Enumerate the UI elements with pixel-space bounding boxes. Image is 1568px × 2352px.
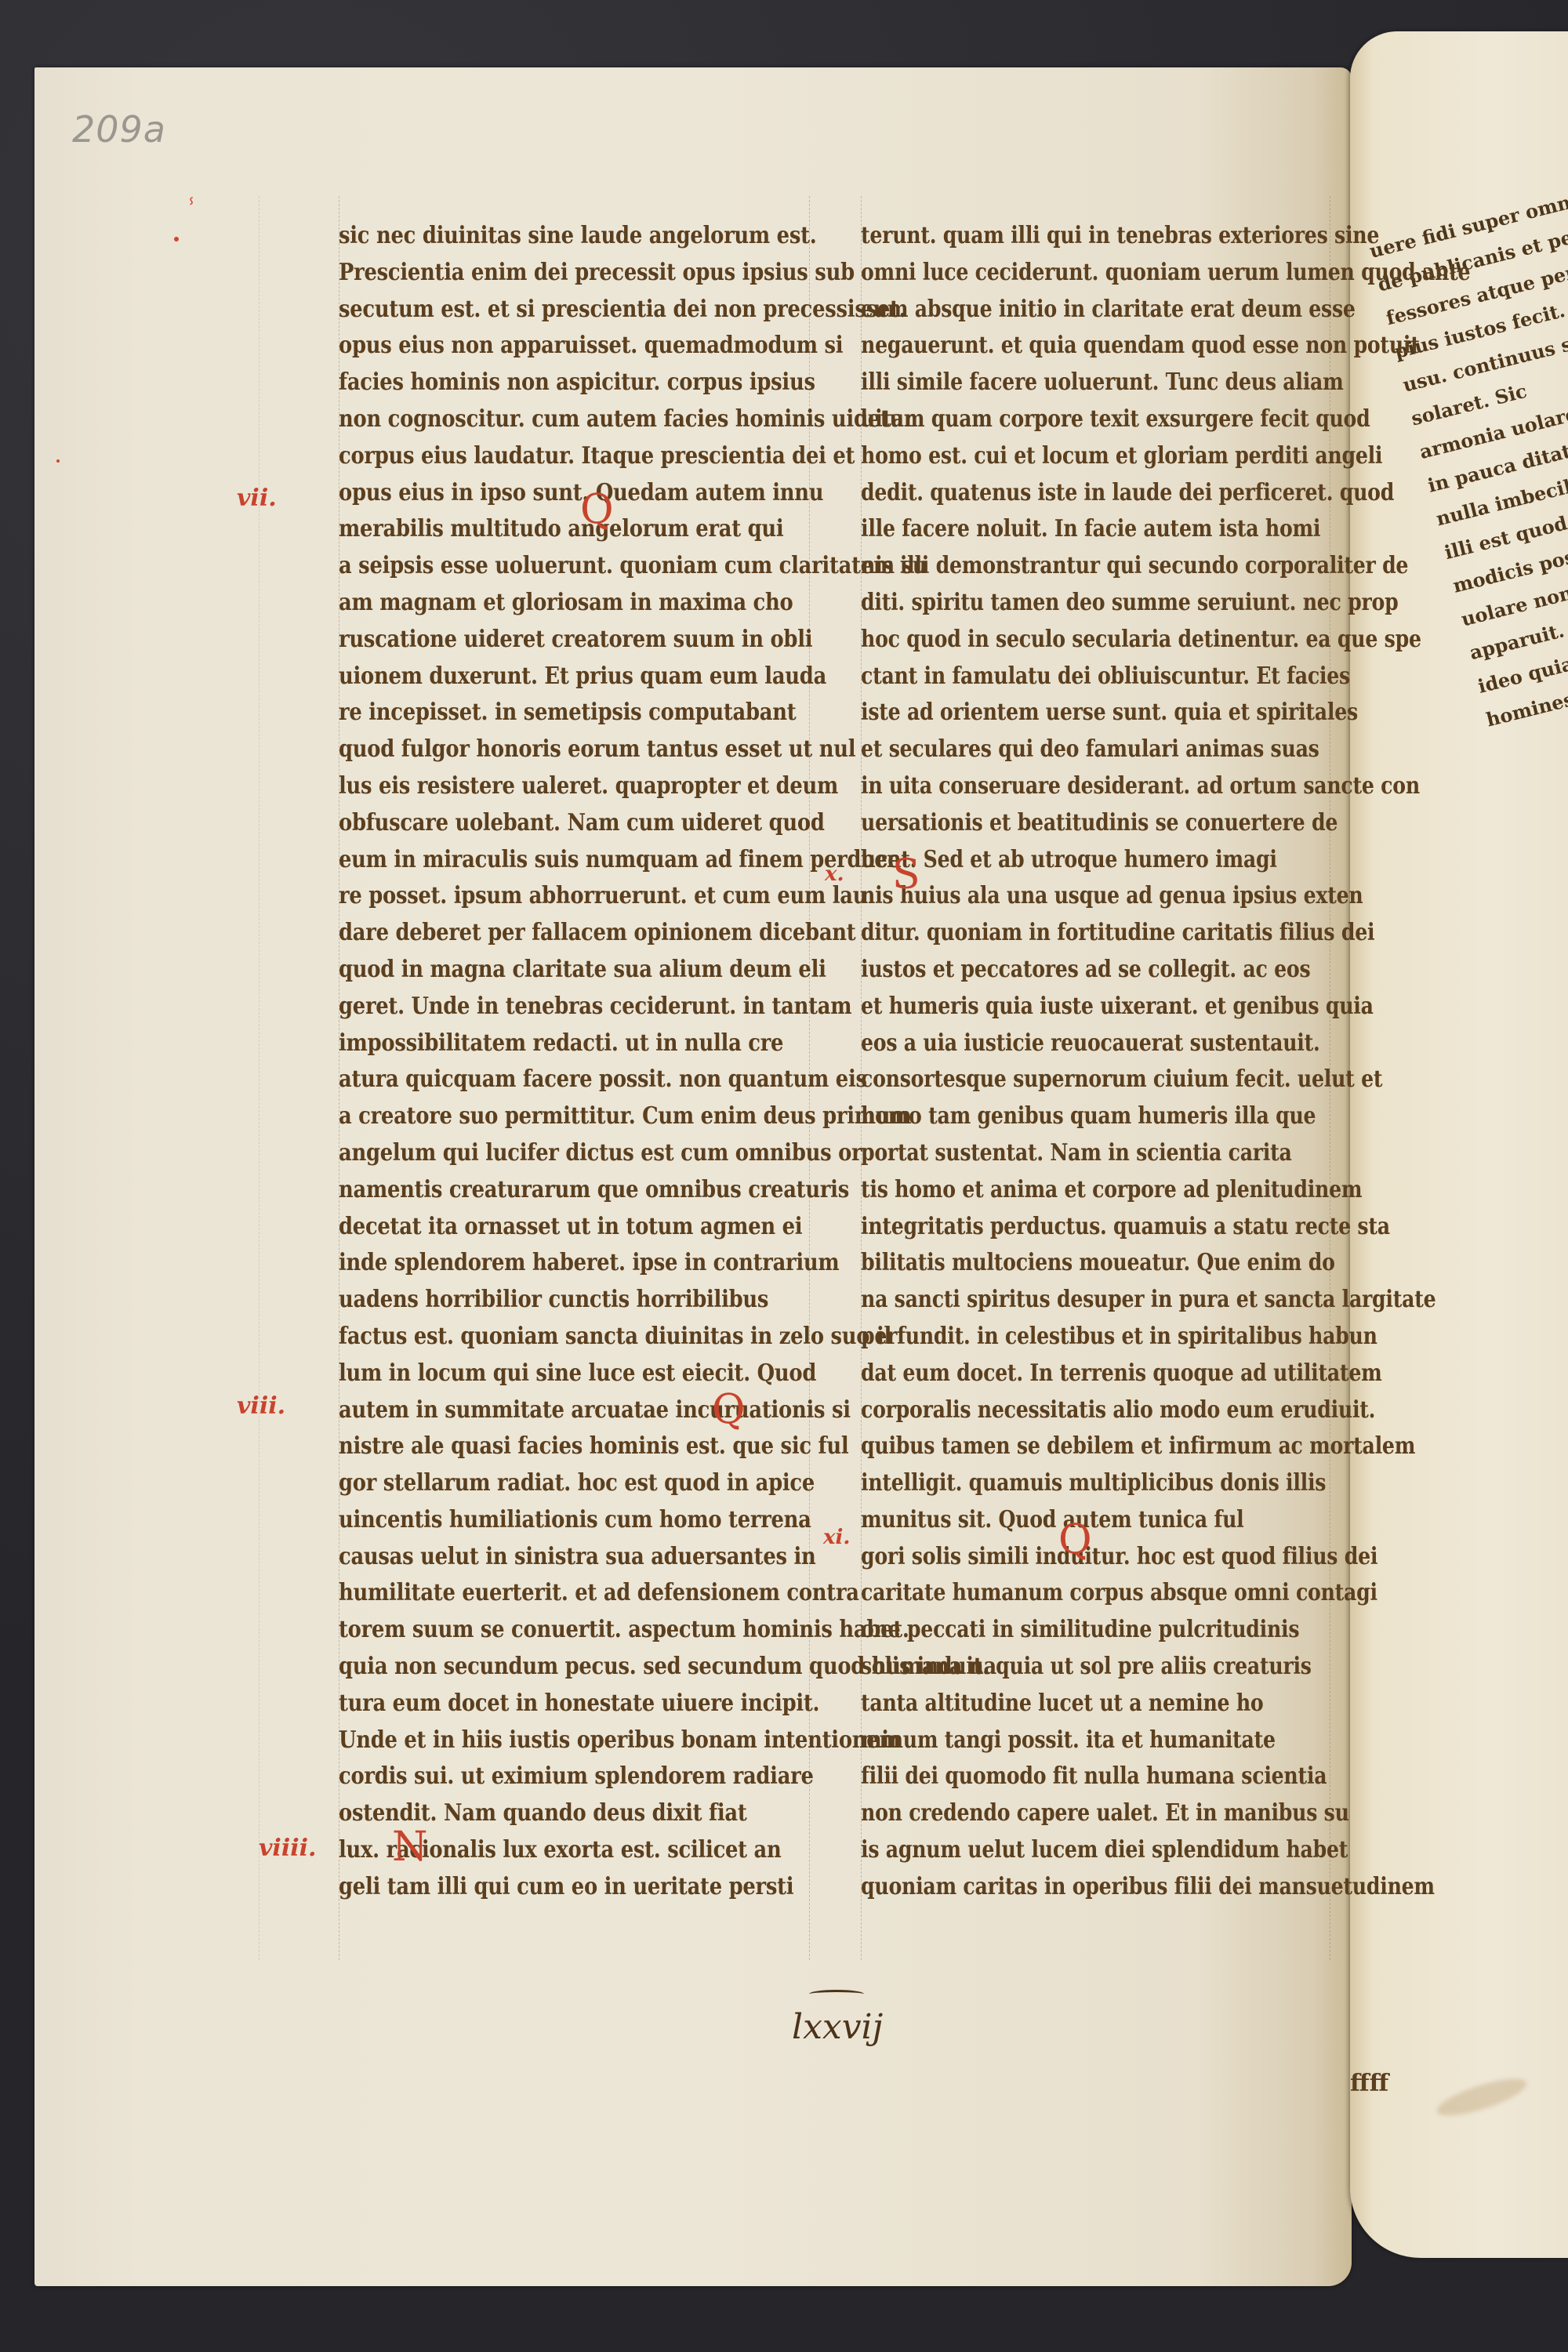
text-line: eos a uia iusticie reuocauerat sustentau… <box>861 1025 1256 1062</box>
text-line: bilitatis multociens moueatur. Que enim … <box>861 1245 1256 1282</box>
text-line: portat sustentat. Nam in scientia carita <box>861 1135 1256 1172</box>
text-line: Prescientia enim dei precessit opus ipsi… <box>339 255 743 292</box>
text-line: dat eum docet. In terrenis quoque ad uti… <box>861 1356 1256 1392</box>
text-line: minum tangi possit. ita et humanitate <box>861 1722 1256 1759</box>
red-dot-mark <box>56 459 60 463</box>
text-line: iustos et peccatores ad se collegit. ac … <box>861 952 1256 989</box>
text-line: am magnam et gloriosam in maxima cho <box>339 585 743 622</box>
text-line: terunt. quam illi qui in tenebras exteri… <box>861 218 1256 255</box>
text-line: one peccati in similitudine pulcritudini… <box>861 1612 1256 1649</box>
text-line: sic nec diuinitas sine laude angelorum e… <box>339 218 743 255</box>
abbreviation-stroke <box>809 1990 864 1998</box>
marginal-numeral: viii. <box>237 1392 285 1420</box>
text-line: gor stellarum radiat. hoc est quod in ap… <box>339 1465 743 1502</box>
text-line: ille facere noluit. In facie autem ista … <box>861 511 1256 548</box>
column-marker: xi. <box>823 1526 850 1549</box>
text-line: et humeris quia iuste uixerant. et genib… <box>861 989 1256 1025</box>
text-line: perfundit. in celestibus et in spiritali… <box>861 1319 1256 1356</box>
text-line: namentis creaturarum que omnibus creatur… <box>339 1172 743 1209</box>
text-line: filii dei quomodo fit nulla humana scien… <box>861 1759 1256 1795</box>
text-line: hoc quod in seculo secularia detinentur.… <box>861 622 1256 659</box>
text-line: angelum qui lucifer dictus est cum omnib… <box>339 1135 743 1172</box>
text-line: quod in magna claritate sua alium deum e… <box>339 952 743 989</box>
text-line: uincentis humiliationis cum homo terrena <box>339 1502 743 1539</box>
text-line: omni luce ceciderunt. quoniam uerum lume… <box>861 255 1256 292</box>
text-line: diti. spiritu tamen deo summe seruiunt. … <box>861 585 1256 622</box>
text-line: intelligit. quamuis multiplicibus donis … <box>861 1465 1256 1502</box>
text-line: negauerunt. et quia quendam quod esse no… <box>861 328 1256 365</box>
text-line: corpus eius laudatur. Itaque prescientia… <box>339 438 743 475</box>
ruling-margin <box>259 196 260 1960</box>
text-line: consortesque supernorum ciuium fecit. ue… <box>861 1062 1256 1098</box>
text-line: corporalis necessitatis alio modo eum er… <box>861 1392 1256 1429</box>
right-page-leaf: uere fidi super omnia lucentem prin de p… <box>1350 31 1568 2258</box>
red-initial-q: Q <box>1058 1516 1092 1563</box>
text-column-left: sic nec diuinitas sine laude angelorum e… <box>339 218 809 1906</box>
text-line: lum in locum qui sine luce est eiecit. Q… <box>339 1356 743 1392</box>
text-line: secutum est. et si prescientia dei non p… <box>339 292 743 328</box>
text-line: quibus tamen se debilem et infirmum ac m… <box>861 1428 1256 1465</box>
text-line: tanta altitudine lucet ut a nemine ho <box>861 1686 1256 1722</box>
text-line: lus eis resistere ualeret. quapropter et… <box>339 768 743 805</box>
text-line: quoniam caritas in operibus filii dei ma… <box>861 1869 1256 1906</box>
text-line: merabilis multitudo angelorum erat qui <box>339 511 743 548</box>
red-dot-mark <box>174 237 179 241</box>
text-line: opus eius non apparuisset. quemadmodum s… <box>339 328 743 365</box>
marginal-numeral: vii. <box>237 485 277 512</box>
text-line: torem suum se conuertit. aspectum homini… <box>339 1612 743 1649</box>
text-line: humilitate euerterit. et ad defensionem … <box>339 1575 743 1612</box>
text-line: dedit. quatenus iste in laude dei perfic… <box>861 475 1256 512</box>
text-line: illi simile facere uoluerunt. Tunc deus … <box>861 365 1256 401</box>
text-line: quod fulgor honoris eorum tantus esset u… <box>339 731 743 768</box>
text-line: tura eum docet in honestate uiuere incip… <box>339 1686 743 1722</box>
gutter-mark: ffff <box>1350 2070 1388 2097</box>
text-line: autem in summitate arcuatae incuruationi… <box>339 1392 743 1429</box>
text-line: quia non secundum pecus. sed secundum qu… <box>339 1649 743 1686</box>
text-line: uitam quam corpore texit exsurgere fecit… <box>861 401 1256 438</box>
text-line: nistre ale quasi facies hominis est. que… <box>339 1428 743 1465</box>
text-line: nis illi demonstrantur qui secundo corpo… <box>861 548 1256 585</box>
text-line: uionem duxerunt. Et prius quam eum lauda <box>339 659 743 695</box>
text-line: ctant in famulatu dei obliuiscuntur. Et … <box>861 659 1256 695</box>
text-line: a seipsis esse uoluerunt. quoniam cum cl… <box>339 548 743 585</box>
red-paragraph-mark-icon: ⸯ <box>185 196 198 226</box>
text-line: uersationis et beatitudinis se conuerter… <box>861 805 1256 842</box>
text-line: ditur. quoniam in fortitudine caritatis … <box>861 915 1256 952</box>
pencil-folio-number: 209a <box>72 108 166 151</box>
text-line: solis induit. quia ut sol pre aliis crea… <box>861 1649 1256 1686</box>
text-line: uadens horribilior cunctis horribilibus <box>339 1282 743 1319</box>
text-line: re posset. ipsum abhorruerunt. et cum eu… <box>339 878 743 915</box>
text-line: caritate humanum corpus absque omni cont… <box>861 1575 1256 1612</box>
text-line: decetat ita ornasset ut in totum agmen e… <box>339 1209 743 1246</box>
quire-signature: lxxvij <box>792 2007 883 2047</box>
text-line: tis homo et anima et corpore ad plenitud… <box>861 1172 1256 1209</box>
text-line: causas uelut in sinistra sua aduersantes… <box>339 1539 743 1576</box>
text-line: in uita conseruare desiderant. ad ortum … <box>861 768 1256 805</box>
text-line: eum absque initio in claritate erat deum… <box>861 292 1256 328</box>
text-line: Unde et in hiis iustis operibus bonam in… <box>339 1722 743 1759</box>
marginal-numeral: viiii. <box>259 1835 316 1862</box>
text-line: facies hominis non aspicitur. corpus ips… <box>339 365 743 401</box>
text-line: re incepisset. in semetipsis computabant <box>339 695 743 731</box>
text-line: homo est. cui et locum et gloriam perdit… <box>861 438 1256 475</box>
text-line: et seculares qui deo famulari animas sua… <box>861 731 1256 768</box>
text-line: ruscatione uideret creatorem suum in obl… <box>339 622 743 659</box>
text-line: integritatis perductus. quamuis a statu … <box>861 1209 1256 1246</box>
red-initial-n: N <box>392 1824 428 1871</box>
text-line: non cognoscitur. cum autem facies homini… <box>339 401 743 438</box>
text-line: geret. Unde in tenebras ceciderunt. in t… <box>339 989 743 1025</box>
text-line: impossibilitatem redacti. ut in nulla cr… <box>339 1025 743 1062</box>
text-line: dare deberet per fallacem opinionem dice… <box>339 915 743 952</box>
text-line: non credendo capere ualet. Et in manibus… <box>861 1795 1256 1832</box>
text-line: factus est. quoniam sancta diuinitas in … <box>339 1319 743 1356</box>
text-column-right: terunt. quam illi qui in tenebras exteri… <box>861 218 1331 1906</box>
red-initial-q: Q <box>580 486 614 533</box>
red-initial-s: S <box>892 851 920 898</box>
text-line: cordis sui. ut eximium splendorem radiar… <box>339 1759 743 1795</box>
text-line: opus eius in ipso sunt. Quedam autem inn… <box>339 475 743 512</box>
text-line: obfuscare uolebant. Nam cum uideret quod <box>339 805 743 842</box>
text-line: iste ad orientem uerse sunt. quia et spi… <box>861 695 1256 731</box>
text-line: a creatore suo permittitur. Cum enim deu… <box>339 1098 743 1135</box>
quire-signature-text: lxxvij <box>792 2007 883 2047</box>
text-line: atura quicquam facere possit. non quantu… <box>339 1062 743 1098</box>
text-line: inde splendorem haberet. ipse in contrar… <box>339 1245 743 1282</box>
text-line: eum in miraculis suis numquam ad finem p… <box>339 842 743 879</box>
text-line: homo tam genibus quam humeris illa que <box>861 1098 1256 1135</box>
text-line: geli tam illi qui cum eo in ueritate per… <box>339 1869 743 1906</box>
text-line: is agnum uelut lucem diei splendidum hab… <box>861 1832 1256 1869</box>
red-initial-q: Q <box>712 1386 746 1433</box>
text-line: na sancti spiritus desuper in pura et sa… <box>861 1282 1256 1319</box>
